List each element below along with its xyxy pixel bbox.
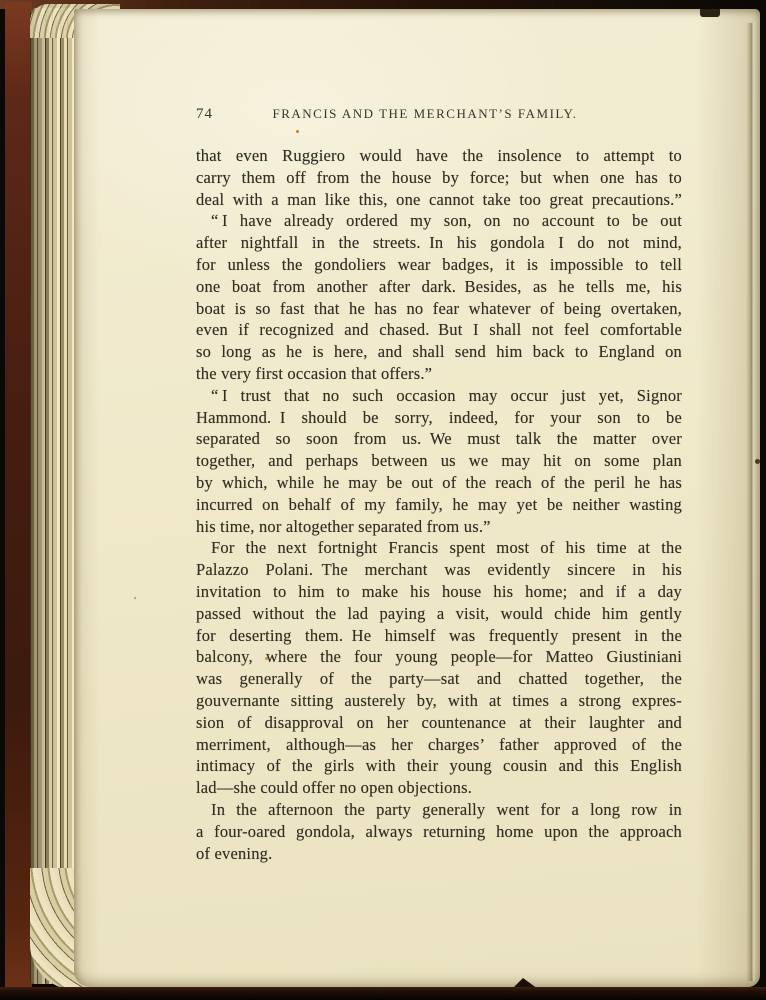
- text-line: deal with a man like this, one cannot ta…: [196, 189, 682, 211]
- text-block: 74 FRANCIS AND THE MERCHANT’S FAMILY. th…: [196, 106, 682, 864]
- text-line: that even Ruggiero would have the insole…: [196, 145, 682, 167]
- text-line: the very first occasion that offers.”: [196, 363, 682, 385]
- text-line: passed without the lad paying a visit, w…: [196, 603, 682, 625]
- text-line: Palazzo Polani. The merchant was evident…: [196, 559, 682, 581]
- text-line: carry them off from the house by force; …: [196, 167, 682, 189]
- text-line: one boat from another after dark. Beside…: [196, 276, 682, 298]
- text-line: For the next fortnight Francis spent mos…: [196, 537, 682, 559]
- paragraph: For the next fortnight Francis spent mos…: [196, 537, 682, 799]
- text-line: sion of disapproval on her countenance a…: [196, 712, 682, 734]
- text-line: balcony, where the four young people—for…: [196, 646, 682, 668]
- foxing-speck: [755, 459, 760, 464]
- text-line: a four-oared gondola, always returning h…: [196, 821, 682, 843]
- page-notch-top: [700, 9, 720, 17]
- text-line: separated so soon from us. We must talk …: [196, 428, 682, 450]
- text-line: “ I have already ordered my son, on no a…: [196, 210, 682, 232]
- text-line: “ I trust that no such occasion may occu…: [196, 385, 682, 407]
- text-line: merriment, although—as her charges’ fath…: [196, 734, 682, 756]
- book-cover-spine: [5, 2, 32, 998]
- page-crease: [746, 23, 756, 981]
- page-edge-stack: [30, 8, 76, 984]
- text-line: by which, while he may be out of the rea…: [196, 472, 682, 494]
- paragraph: “ I have already ordered my son, on no a…: [196, 210, 682, 384]
- text-line: Hammond. I should be sorry, indeed, for …: [196, 407, 682, 429]
- text-line: invitation to him to make his house his …: [196, 581, 682, 603]
- text-line: lad—she could offer no open objections.: [196, 777, 682, 799]
- paragraph: that even Ruggiero would have the insole…: [196, 145, 682, 210]
- text-line: In the afternoon the party generally wen…: [196, 799, 682, 821]
- book-bottom-edge: [0, 987, 766, 1000]
- text-line: incurred on behalf of my family, he may …: [196, 494, 682, 516]
- text-line: boat is so fast that he has no fear what…: [196, 298, 682, 320]
- text-line: was generally of the party—sat and chatt…: [196, 668, 682, 690]
- paragraph: “ I trust that no such occasion may occu…: [196, 385, 682, 538]
- page-header: 74 FRANCIS AND THE MERCHANT’S FAMILY.: [196, 106, 682, 124]
- text-line: his time, nor altogether separated from …: [196, 516, 682, 538]
- text-line: gouvernante sitting austerely by, with a…: [196, 690, 682, 712]
- text-line: after nightfall in the streets. In his g…: [196, 232, 682, 254]
- text-line: for unless the gondoliers wear badges, i…: [196, 254, 682, 276]
- text-line: together, and perhaps between us we may …: [196, 450, 682, 472]
- running-title: FRANCIS AND THE MERCHANT’S FAMILY.: [182, 106, 668, 122]
- text-line: so long as he is here, and shall send hi…: [196, 341, 682, 363]
- body-text: that even Ruggiero would have the insole…: [196, 145, 682, 864]
- book-page: 74 FRANCIS AND THE MERCHANT’S FAMILY. th…: [74, 9, 760, 987]
- text-line: even if recognized and chased. But I sha…: [196, 319, 682, 341]
- paragraph: In the afternoon the party generally wen…: [196, 799, 682, 864]
- text-line: intimacy of the girls with their young c…: [196, 755, 682, 777]
- text-line: for deserting them. He himself was frequ…: [196, 625, 682, 647]
- foxing-speck: [134, 597, 136, 599]
- text-line: of evening.: [196, 843, 682, 865]
